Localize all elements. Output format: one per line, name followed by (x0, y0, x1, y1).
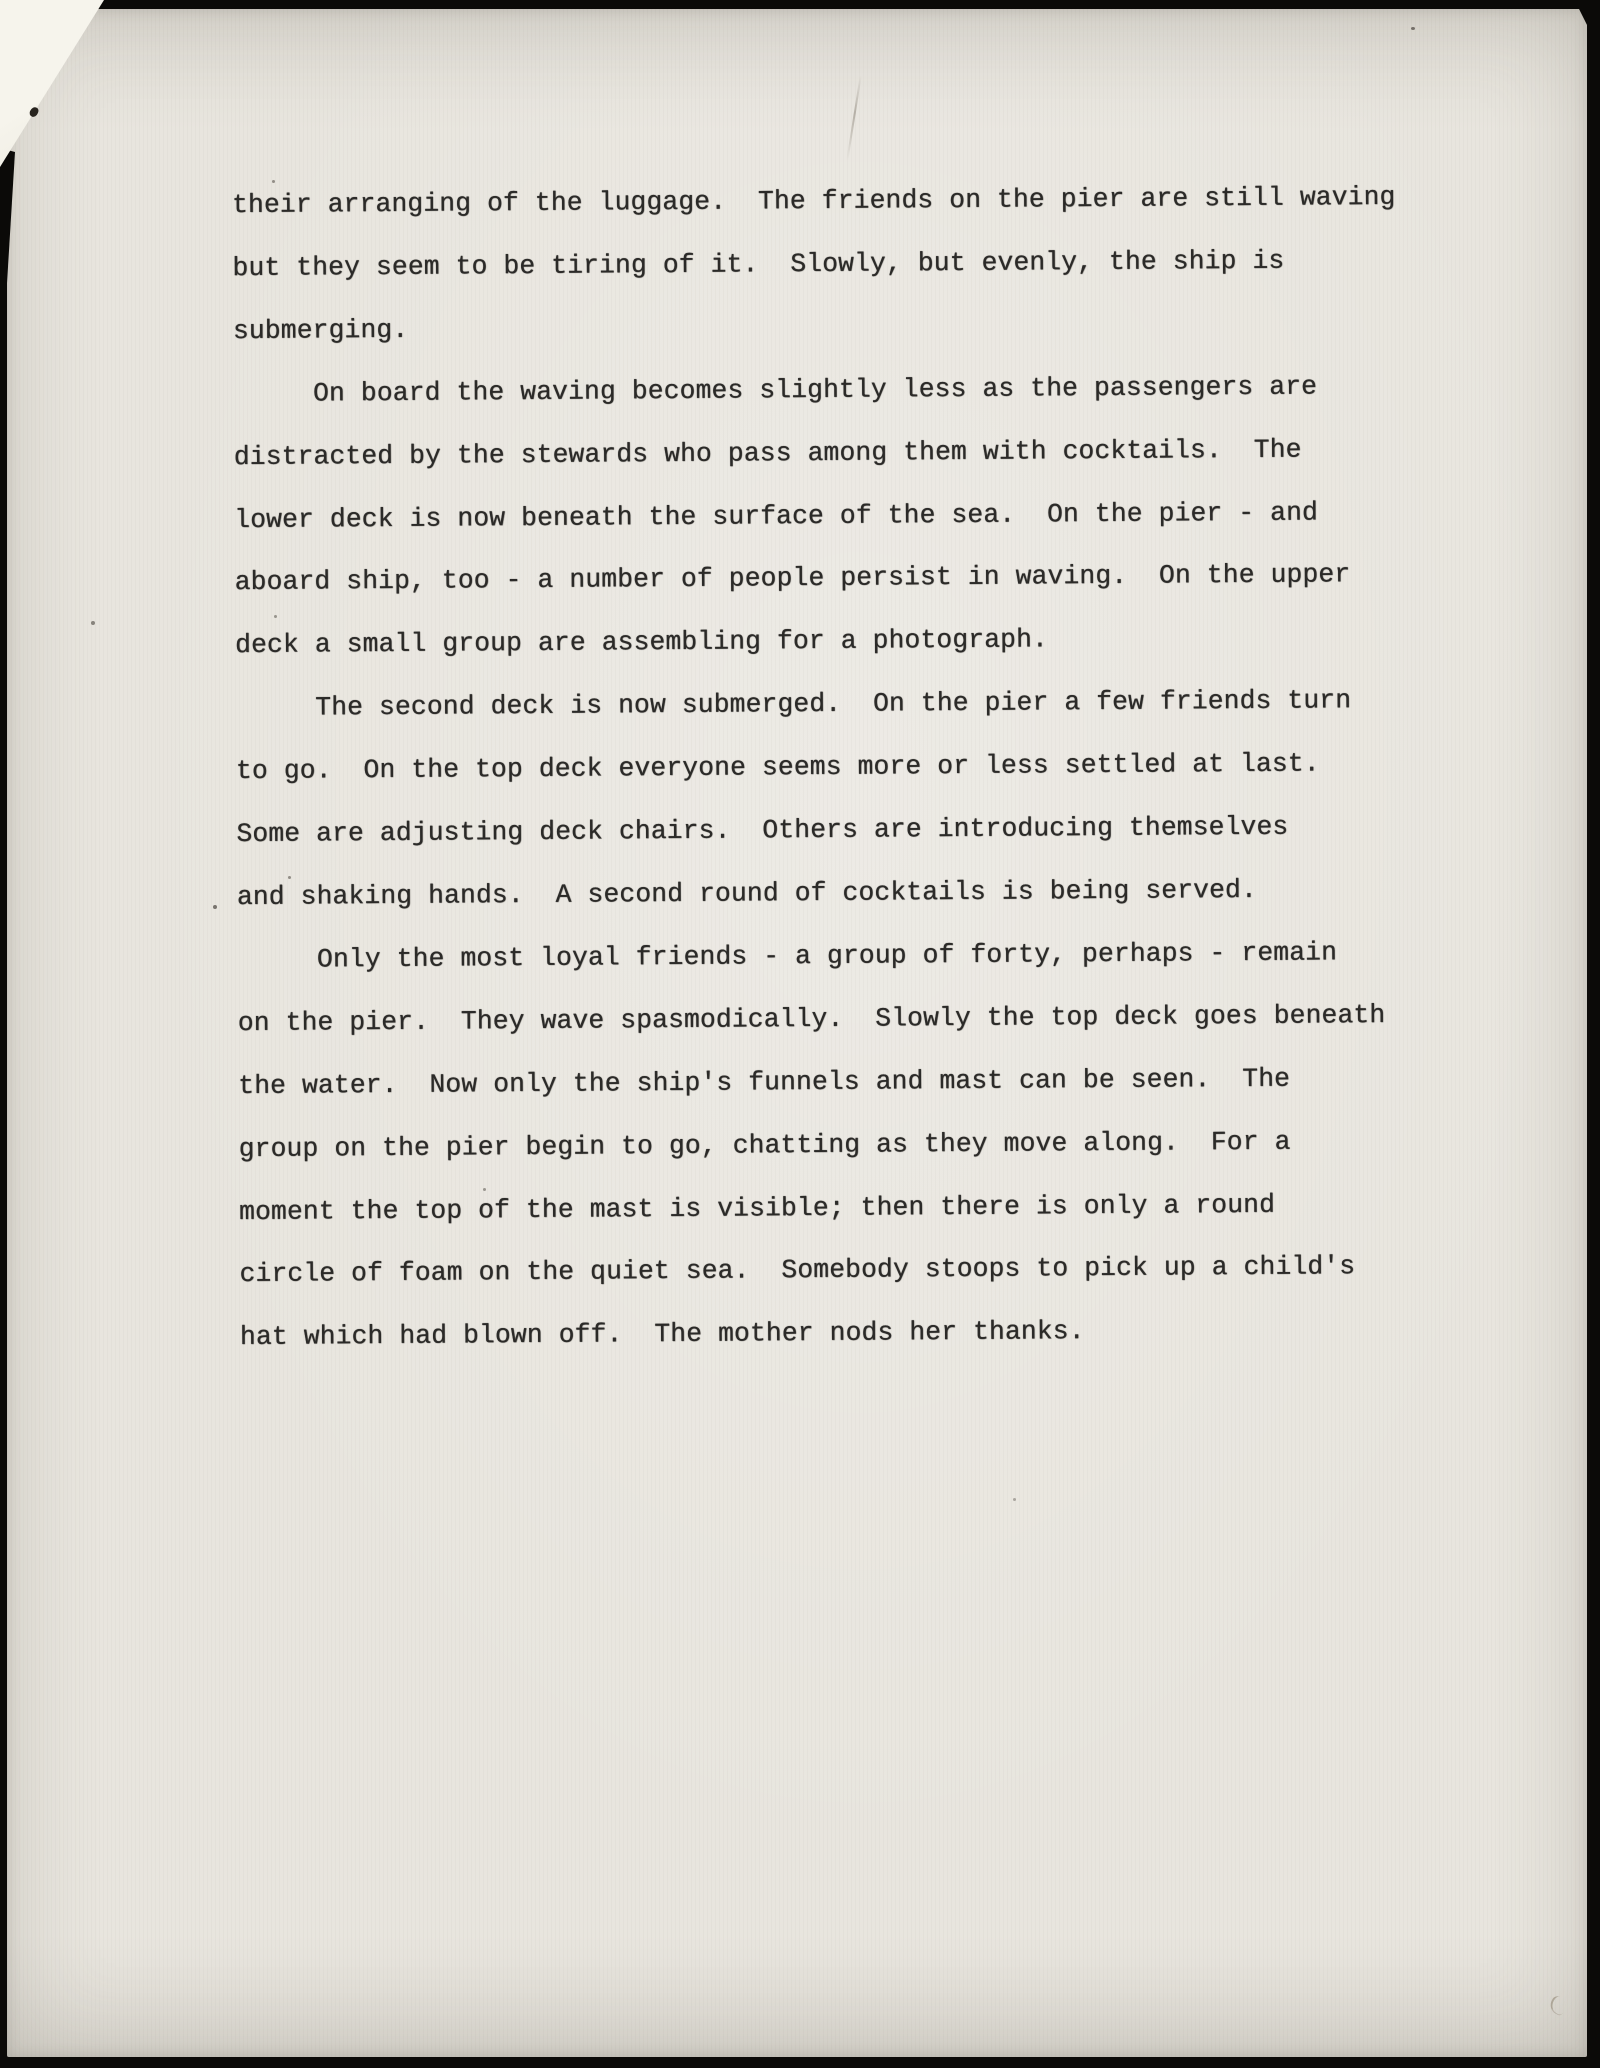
text-line: on the pier. They wave spasmodically. Sl… (238, 984, 1402, 1055)
text-line: circle of foam on the quiet sea. Somebod… (239, 1235, 1403, 1306)
text-line: lower deck is now beneath the surface of… (234, 480, 1398, 551)
paper-speck (1411, 27, 1415, 30)
text-line: deck a small group are assembling for a … (235, 606, 1399, 677)
text-line: distracted by the stewards who pass amon… (234, 418, 1398, 489)
text-line: Some are adjusting deck chairs. Others a… (236, 795, 1400, 866)
text-line: moment the top of the mast is visible; t… (239, 1172, 1403, 1243)
text-line: aboard ship, too - a number of people pe… (234, 543, 1398, 614)
text-line: but they seem to be tiring of it. Slowly… (232, 229, 1396, 300)
paper-speck (213, 905, 217, 909)
paper-speck (91, 621, 95, 625)
text-line: group on the pier begin to go, chatting … (238, 1110, 1402, 1181)
text-line: their arranging of the luggage. The frie… (232, 166, 1396, 237)
text-line: hat which had blown off. The mother nods… (240, 1298, 1404, 1369)
text-line: Only the most loyal friends - a group of… (237, 921, 1401, 992)
paper-crease (846, 75, 861, 160)
scan-background: their arranging of the luggage. The frie… (0, 0, 1600, 2068)
text-line: The second deck is now submerged. On the… (235, 669, 1399, 740)
text-line: submerging. (233, 292, 1397, 363)
text-line: to go. On the top deck everyone seems mo… (236, 732, 1400, 803)
paper-speck (1013, 1498, 1016, 1501)
text-line: and shaking hands. A second round of coc… (237, 858, 1401, 929)
text-line: On board the waving becomes slightly les… (233, 355, 1397, 426)
typewritten-text-block: their arranging of the luggage. The frie… (232, 166, 1404, 1369)
paper-crinkle (1547, 1994, 1569, 2017)
text-line: the water. Now only the ship's funnels a… (238, 1047, 1402, 1118)
